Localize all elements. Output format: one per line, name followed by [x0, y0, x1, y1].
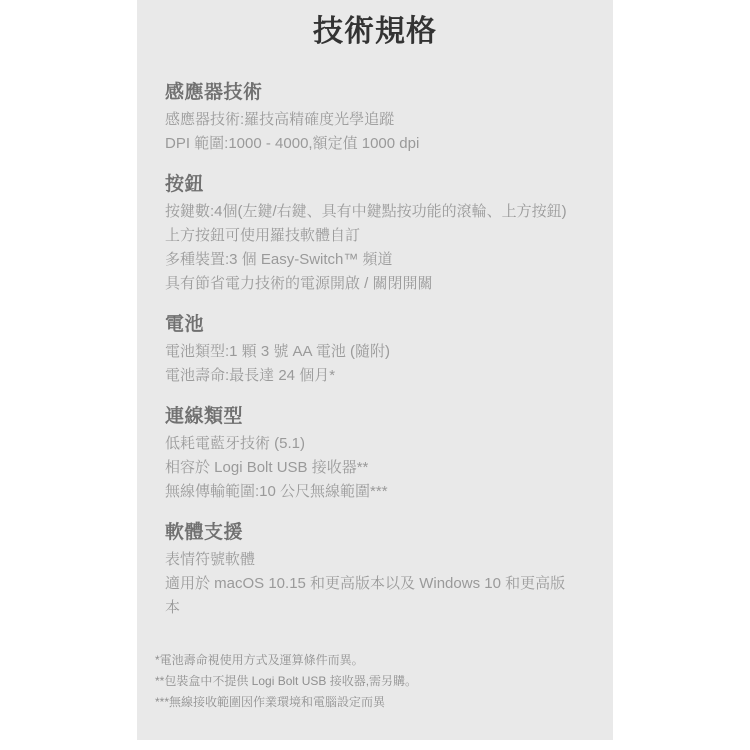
section-battery: 電池 電池類型:1 顆 3 號 AA 電池 (隨附) 電池壽命:最長達 24 個…: [165, 312, 577, 388]
footnotes: *電池壽命視使用方式及運算條件而異。 **包裝盒中不提供 Logi Bolt U…: [155, 650, 577, 713]
section-heading-sensor: 感應器技術: [165, 80, 577, 106]
section-heading-software: 軟體支援: [165, 520, 577, 546]
spec-line: 電池類型:1 顆 3 號 AA 電池 (隨附): [165, 340, 577, 364]
footnote-receiver: **包裝盒中不提供 Logi Bolt USB 接收器,需另購。: [155, 671, 577, 692]
spec-line: DPI 範圍:1000 - 4000,額定值 1000 dpi: [165, 132, 577, 156]
section-heading-connection: 連線類型: [165, 404, 577, 430]
spec-line: 多種裝置:3 個 Easy-Switch™ 頻道: [165, 248, 577, 272]
spec-line: 具有節省電力技術的電源開啟 / 關閉開關: [165, 272, 577, 296]
section-software: 軟體支援 表情符號軟體 適用於 macOS 10.15 和更高版本以及 Wind…: [165, 520, 577, 620]
spec-line: 表情符號軟體: [165, 548, 577, 572]
spec-panel: 技術規格 感應器技術 感應器技術:羅技高精確度光學追蹤 DPI 範圍:1000 …: [137, 0, 613, 740]
footnote-wireless-range: ***無線接收範圍因作業環境和電腦設定而異: [155, 692, 577, 713]
spec-line: 按鍵數:4個(左鍵/右鍵、具有中鍵點按功能的滾輪、上方按鈕): [165, 200, 577, 224]
section-connection: 連線類型 低耗電藍牙技術 (5.1) 相容於 Logi Bolt USB 接收器…: [165, 404, 577, 504]
spec-line: 低耗電藍牙技術 (5.1): [165, 432, 577, 456]
spec-line: 感應器技術:羅技高精確度光學追蹤: [165, 108, 577, 132]
spec-line: 無線傳輸範圍:10 公尺無線範圍***: [165, 480, 577, 504]
spec-content: 感應器技術 感應器技術:羅技高精確度光學追蹤 DPI 範圍:1000 - 400…: [137, 50, 613, 713]
footnote-battery-life: *電池壽命視使用方式及運算條件而異。: [155, 650, 577, 671]
spec-line: 電池壽命:最長達 24 個月*: [165, 364, 577, 388]
section-heading-buttons: 按鈕: [165, 172, 577, 198]
spec-line: 相容於 Logi Bolt USB 接收器**: [165, 456, 577, 480]
section-heading-battery: 電池: [165, 312, 577, 338]
section-sensor: 感應器技術 感應器技術:羅技高精確度光學追蹤 DPI 範圍:1000 - 400…: [165, 80, 577, 156]
spec-line: 適用於 macOS 10.15 和更高版本以及 Windows 10 和更高版本: [165, 572, 577, 620]
page-title: 技術規格: [137, 0, 613, 50]
section-buttons: 按鈕 按鍵數:4個(左鍵/右鍵、具有中鍵點按功能的滾輪、上方按鈕) 上方按鈕可使…: [165, 172, 577, 296]
spec-line: 上方按鈕可使用羅技軟體自訂: [165, 224, 577, 248]
